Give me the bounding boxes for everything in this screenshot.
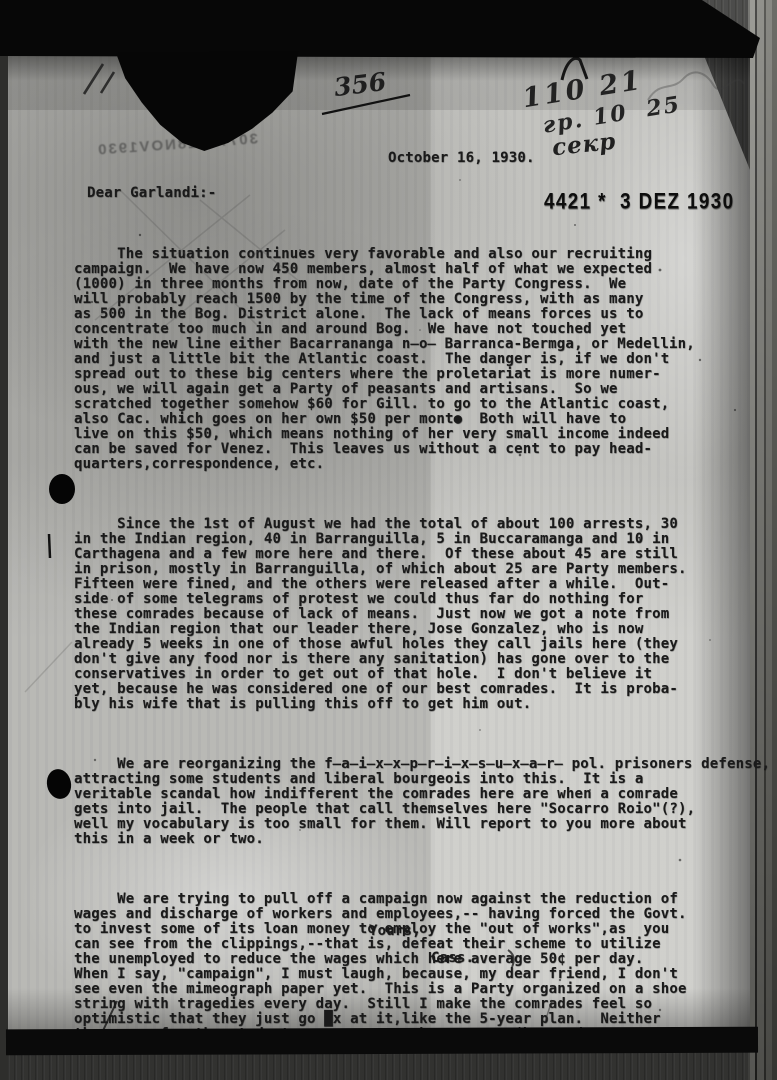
letter-body: The situation continues very favorable a… [74, 217, 770, 1072]
letter-valediction: Yours, [369, 924, 421, 939]
paragraph-1: The situation continues very favorable a… [74, 247, 770, 472]
scan-black-bottom-band [6, 1027, 758, 1056]
letter-signature: Cass. [431, 951, 474, 966]
letter-salutation: Dear Garlandi:- [87, 186, 216, 201]
paragraph-3: We are reorganizing the f̶a̶i̶x̶x̶p̶r̶i̶… [74, 757, 770, 847]
letter-date: October 16, 1930. [388, 151, 535, 166]
scanned-letter-page: 3077 * 18NOV1930 356 110 21 гр. 10 25 се… [0, 0, 777, 1080]
paragraph-4: We are trying to pull off a campaign now… [74, 892, 770, 1042]
received-date-stamp: 4421 * 3 DEZ 1930 [544, 190, 735, 214]
scan-black-top-band [0, 0, 762, 58]
paragraph-2: Since the 1st of August we had the total… [74, 517, 770, 712]
scan-left-edge [0, 0, 8, 1080]
